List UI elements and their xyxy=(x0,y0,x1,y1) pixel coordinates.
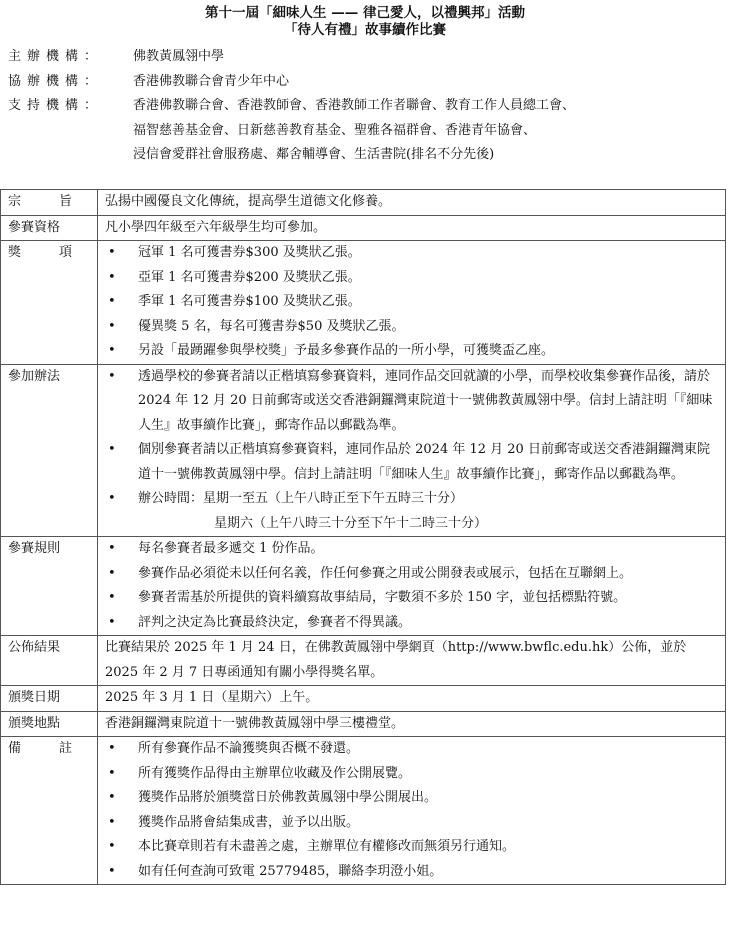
organizers-section: 主辦機構： 佛教黃鳳翎中學 協辦機構： 香港佛教聯合會青少年中心 支持機構： 香… xyxy=(8,45,728,168)
list-item: •辦公時間：星期一至五（上午八時正至下午五時三十分） xyxy=(105,487,719,512)
row-label: 獎 項 xyxy=(1,241,98,365)
row-label: 宗 旨 xyxy=(1,190,98,216)
label-char: 註 xyxy=(59,737,72,762)
table-row-rules: 參賽規則 •每名參賽者最多遞交 1 份作品。 •參賽作品必須從未以任何名義，作任… xyxy=(1,537,726,636)
list-item: •另設「最踴躍參與學校獎」予最多參賽作品的一所小學，可獲獎盃乙座。 xyxy=(105,339,719,364)
list-item-text: 每名參賽者最多遞交 1 份作品。 xyxy=(138,537,719,562)
office-hours-saturday: 星期六（上午八時三十分至下午十二時三十分） xyxy=(105,512,719,537)
row-content: •冠軍 1 名可獲書券$300 及獎狀乙張。 •亞軍 1 名可獲書券$200 及… xyxy=(98,241,726,365)
organizer-line: 香港佛教聯合會、香港教師會、香港教師工作者聯會、教育工作人員總工會、 xyxy=(133,94,728,119)
list-item: •個別參賽者請以正楷填寫參賽資料，連同作品於 2024 年 12 月 20 日前… xyxy=(105,438,719,487)
list-item: •透過學校的參賽者請以正楷填寫參賽資料，連同作品交回就讀的小學，而學校收集參賽作… xyxy=(105,365,719,439)
row-content: •每名參賽者最多遞交 1 份作品。 •參賽作品必須從未以任何名義，作任何參賽之用… xyxy=(98,537,726,636)
list-item-text: 參賽者需基於所提供的資料續寫故事結局，字數須不多於 150 字，並包括標點符號。 xyxy=(138,586,719,611)
organizer-label: 支持機構： xyxy=(8,94,133,168)
list-item-text: 另設「最踴躍參與學校獎」予最多參賽作品的一所小學，可獲獎盃乙座。 xyxy=(138,339,719,364)
bullet-icon: • xyxy=(105,786,138,811)
row-label: 參加辦法 xyxy=(1,364,98,537)
list-item: •獲獎作品將於頒獎當日於佛教黃鳳翎中學公開展出。 xyxy=(105,786,719,811)
organizer-value: 佛教黃鳳翎中學 xyxy=(133,45,728,70)
organizer-value: 香港佛教聯合會青少年中心 xyxy=(133,70,728,95)
bullet-icon: • xyxy=(105,241,138,266)
list-item-text: 透過學校的參賽者請以正楷填寫參賽資料，連同作品交回就讀的小學，而學校收集參賽作品… xyxy=(138,365,719,439)
table-row-how-to-join: 參加辦法 •透過學校的參賽者請以正楷填寫參賽資料，連同作品交回就讀的小學，而學校… xyxy=(1,364,726,537)
bullet-icon: • xyxy=(105,537,138,562)
row-label: 參賽資格 xyxy=(1,215,98,241)
organizer-line: 香港佛教聯合會青少年中心 xyxy=(133,70,728,95)
list-item-text: 獲獎作品將會結集成書，並予以出版。 xyxy=(138,811,719,836)
list-item-text: 獲獎作品將於頒獎當日於佛教黃鳳翎中學公開展出。 xyxy=(138,786,719,811)
row-label: 頒獎地點 xyxy=(1,711,98,737)
label-char: 宗 xyxy=(8,190,21,215)
list-item: •參賽作品必須從未以任何名義，作任何參賽之用或公開發表或展示，包括在互聯網上。 xyxy=(105,562,719,587)
document-subtitle: 「待人有禮」故事續作比賽 xyxy=(0,22,730,39)
list-item-text: 亞軍 1 名可獲書券$200 及獎狀乙張。 xyxy=(138,266,719,291)
bullet-icon: • xyxy=(105,315,138,340)
competition-rules-table: 宗 旨 弘揚中國優良文化傳統，提高學生道德文化修養。 參賽資格 凡小學四年級至六… xyxy=(0,189,726,885)
row-content: 香港銅鑼灣東院道十一號佛教黃鳳翎中學三樓禮堂。 xyxy=(98,711,726,737)
table-row-purpose: 宗 旨 弘揚中國優良文化傳統，提高學生道德文化修養。 xyxy=(1,190,726,216)
bullet-icon: • xyxy=(105,860,138,885)
table-row-eligibility: 參賽資格 凡小學四年級至六年級學生均可參加。 xyxy=(1,215,726,241)
bullet-icon: • xyxy=(105,339,138,364)
list-item: •評判之決定為比賽最終決定，參賽者不得異議。 xyxy=(105,611,719,636)
label-char: 備 xyxy=(8,737,21,762)
list-item-text: 辦公時間：星期一至五（上午八時正至下午五時三十分） xyxy=(138,487,719,512)
row-label: 備 註 xyxy=(1,737,98,885)
bullet-icon: • xyxy=(105,266,138,291)
bullet-icon: • xyxy=(105,611,138,636)
list-item-text: 所有參賽作品不論獲獎與否概不發還。 xyxy=(138,737,719,762)
list-item-text: 季軍 1 名可獲書券$100 及獎狀乙張。 xyxy=(138,290,719,315)
organizer-line: 福智慈善基金會、日新慈善教育基金、聖雅各福群會、香港青年協會、 xyxy=(133,119,728,144)
bullet-icon: • xyxy=(105,365,138,439)
row-label: 參賽規則 xyxy=(1,537,98,636)
row-content: 2025 年 3 月 1 日（星期六）上午。 xyxy=(98,686,726,712)
organizer-row-co-host: 協辦機構： 香港佛教聯合會青少年中心 xyxy=(8,70,728,95)
list-item-text: 優異獎 5 名，每名可獲書券$50 及獎狀乙張。 xyxy=(138,315,719,340)
list-item-text: 參賽作品必須從未以任何名義，作任何參賽之用或公開發表或展示，包括在互聯網上。 xyxy=(138,562,719,587)
row-content: 凡小學四年級至六年級學生均可參加。 xyxy=(98,215,726,241)
table-row-results-announcement: 公佈結果 比賽結果於 2025 年 1 月 24 日，在佛教黃鳳翎中學網頁（ht… xyxy=(1,636,726,686)
table-row-ceremony-date: 頒獎日期 2025 年 3 月 1 日（星期六）上午。 xyxy=(1,686,726,712)
list-item: •如有任何查詢可致電 25779485，聯絡李玥澄小姐。 xyxy=(105,860,719,885)
bullet-icon: • xyxy=(105,737,138,762)
row-content: 弘揚中國優良文化傳統，提高學生道德文化修養。 xyxy=(98,190,726,216)
list-item: •所有獲獎作品得由主辦單位收藏及作公開展覽。 xyxy=(105,762,719,787)
list-item-text: 冠軍 1 名可獲書券$300 及獎狀乙張。 xyxy=(138,241,719,266)
row-content: 比賽結果於 2025 年 1 月 24 日，在佛教黃鳳翎中學網頁（http://… xyxy=(98,636,726,686)
list-item-text: 本比賽章則若有未盡善之處，主辦單位有權修改而無須另行通知。 xyxy=(138,835,719,860)
list-item: •季軍 1 名可獲書券$100 及獎狀乙張。 xyxy=(105,290,719,315)
bullet-icon: • xyxy=(105,762,138,787)
label-char: 項 xyxy=(59,241,72,266)
bullet-icon: • xyxy=(105,835,138,860)
list-item-text: 所有獲獎作品得由主辦單位收藏及作公開展覽。 xyxy=(138,762,719,787)
list-item-text: 如有任何查詢可致電 25779485，聯絡李玥澄小姐。 xyxy=(138,860,719,885)
list-item: •參賽者需基於所提供的資料續寫故事結局，字數須不多於 150 字，並包括標點符號… xyxy=(105,586,719,611)
table-row-prizes: 獎 項 •冠軍 1 名可獲書券$300 及獎狀乙張。 •亞軍 1 名可獲書券$2… xyxy=(1,241,726,365)
row-label: 頒獎日期 xyxy=(1,686,98,712)
list-item-text: 評判之決定為比賽最終決定，參賽者不得異議。 xyxy=(138,611,719,636)
list-item-text: 個別參賽者請以正楷填寫參賽資料，連同作品於 2024 年 12 月 20 日前郵… xyxy=(138,438,719,487)
organizer-line: 佛教黃鳳翎中學 xyxy=(133,45,728,70)
organizer-label: 協辦機構： xyxy=(8,70,133,95)
organizer-value: 香港佛教聯合會、香港教師會、香港教師工作者聯會、教育工作人員總工會、 福智慈善基… xyxy=(133,94,728,168)
organizer-line: 浸信會愛群社會服務處、鄰舍輔導會、生活書院(排名不分先後) xyxy=(133,143,728,168)
list-item: •優異獎 5 名，每名可獲書券$50 及獎狀乙張。 xyxy=(105,315,719,340)
row-label: 公佈結果 xyxy=(1,636,98,686)
list-item: •亞軍 1 名可獲書券$200 及獎狀乙張。 xyxy=(105,266,719,291)
table-row-ceremony-venue: 頒獎地點 香港銅鑼灣東院道十一號佛教黃鳳翎中學三樓禮堂。 xyxy=(1,711,726,737)
bullet-icon: • xyxy=(105,586,138,611)
organizer-row-host: 主辦機構： 佛教黃鳳翎中學 xyxy=(8,45,728,70)
organizer-label: 主辦機構： xyxy=(8,45,133,70)
organizer-row-supporters: 支持機構： 香港佛教聯合會、香港教師會、香港教師工作者聯會、教育工作人員總工會、… xyxy=(8,94,728,168)
list-item: •所有參賽作品不論獲獎與否概不發還。 xyxy=(105,737,719,762)
table-row-remarks: 備 註 •所有參賽作品不論獲獎與否概不發還。 •所有獲獎作品得由主辦單位收藏及作… xyxy=(1,737,726,885)
label-char: 旨 xyxy=(59,190,72,215)
document-title: 第十一屆「細味人生 —— 律己愛人，以禮興邦」活動 xyxy=(0,5,730,22)
bullet-icon: • xyxy=(105,811,138,836)
list-item: •每名參賽者最多遞交 1 份作品。 xyxy=(105,537,719,562)
list-item: •獲獎作品將會結集成書，並予以出版。 xyxy=(105,811,719,836)
row-content: •透過學校的參賽者請以正楷填寫參賽資料，連同作品交回就讀的小學，而學校收集參賽作… xyxy=(98,364,726,537)
list-item: •本比賽章則若有未盡善之處，主辦單位有權修改而無須另行通知。 xyxy=(105,835,719,860)
bullet-icon: • xyxy=(105,438,138,487)
list-item: •冠軍 1 名可獲書券$300 及獎狀乙張。 xyxy=(105,241,719,266)
row-content: •所有參賽作品不論獲獎與否概不發還。 •所有獲獎作品得由主辦單位收藏及作公開展覽… xyxy=(98,737,726,885)
bullet-icon: • xyxy=(105,487,138,512)
bullet-icon: • xyxy=(105,290,138,315)
bullet-icon: • xyxy=(105,562,138,587)
label-char: 獎 xyxy=(8,241,21,266)
